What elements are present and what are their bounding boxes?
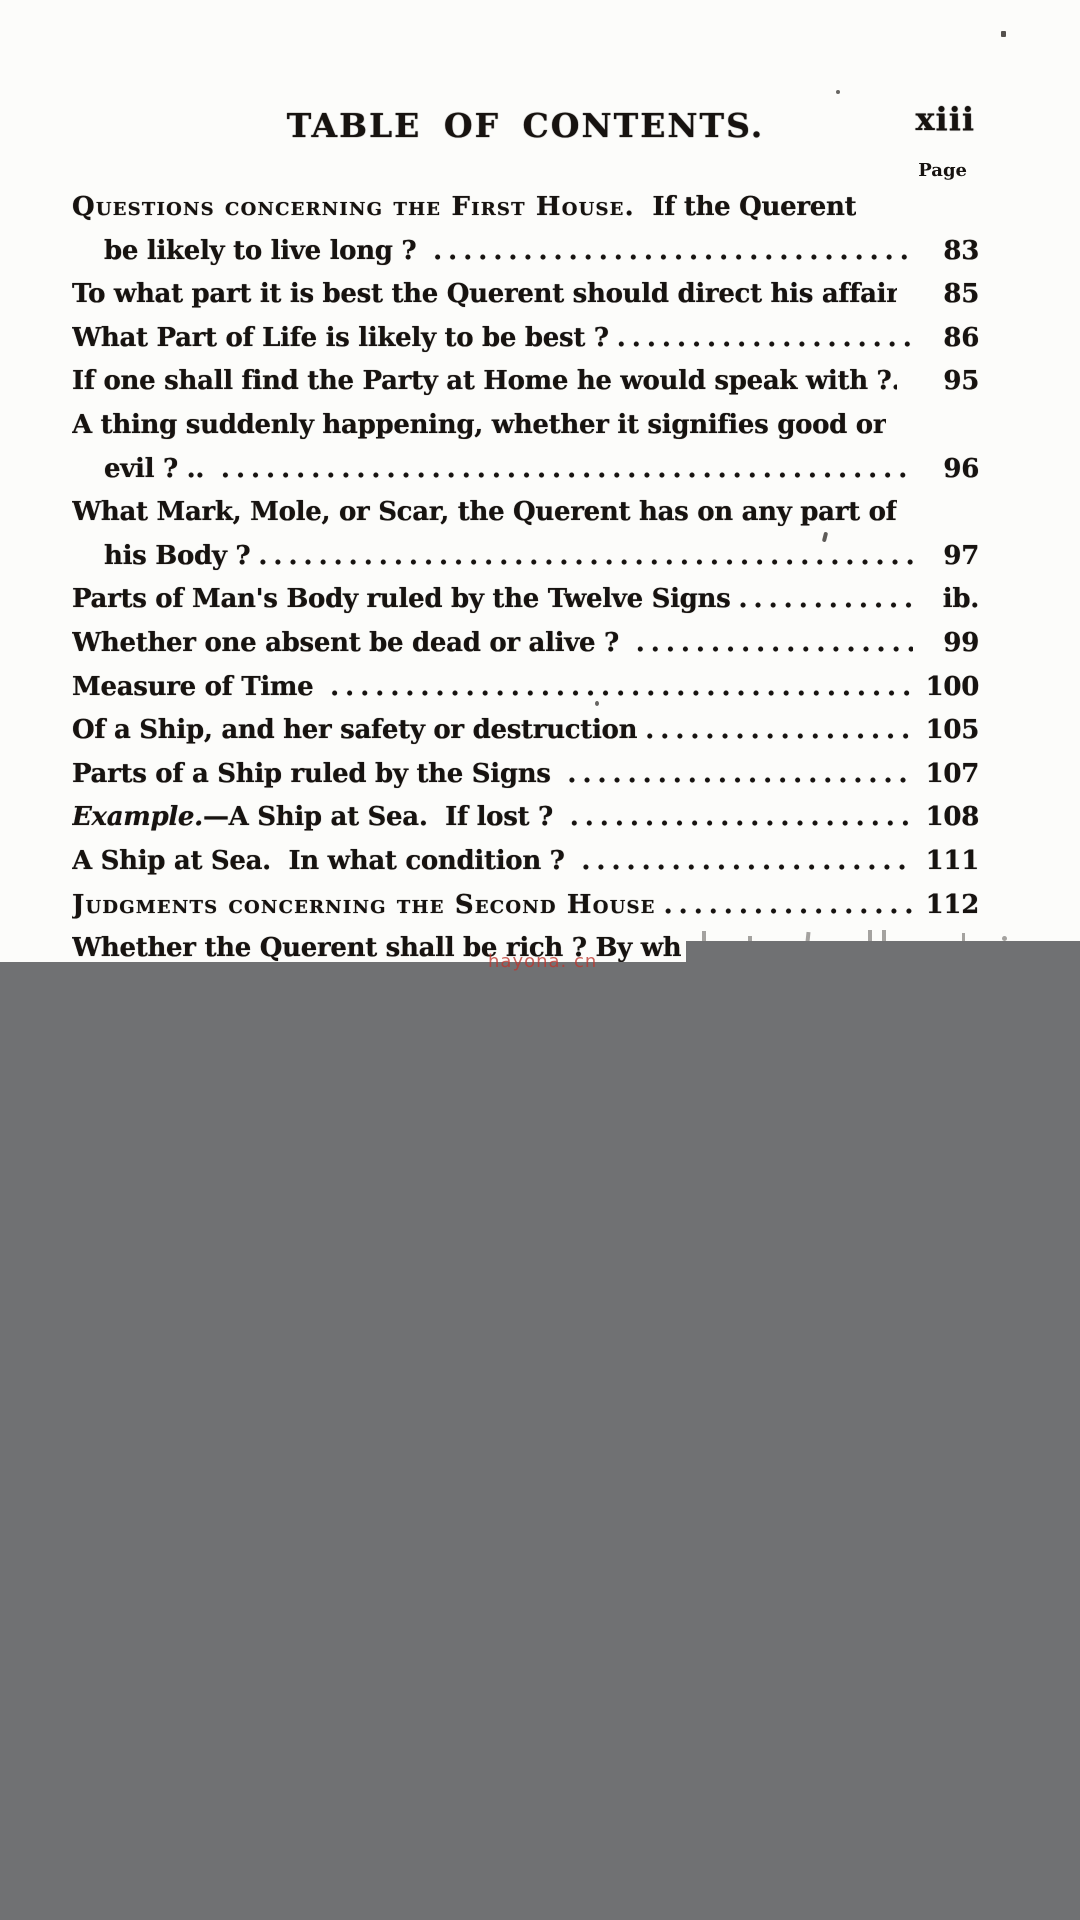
toc-page-number: 112 [913,884,979,928]
toc-entry: A Ship at Sea. In what condition ? .....… [72,840,979,884]
toc-entry: Measure of Time ........................… [72,666,979,710]
toc-entry: What Mark, Mole, or Scar, the Querent ha… [72,491,979,535]
scan-speck [836,90,840,94]
scan-speck [1001,31,1006,37]
toc-entry-text: Whether one absent be dead or alive ? [72,622,628,666]
toc-entry-heading: Questions concerning the First House. [72,186,635,230]
toc-entry-italic-lead: Example. [72,796,203,840]
toc-entry-text: Measure of Time [72,666,322,710]
toc-entry: If one shall find the Party at Home he w… [72,360,979,404]
scan-cutoff-area [0,962,1080,1920]
toc-entry-text: be likely to live long ? [104,230,425,274]
toc-dot-leader: ........................................… [637,709,913,753]
toc-page-number: 95 [913,360,979,404]
toc-entry: Parts of a Ship ruled by the Signs .....… [72,753,979,797]
toc-entry-heading: Judgments concerning the Second House [72,884,656,928]
toc-dot-leader: ........................................… [656,884,913,928]
toc-entry: What Part of Life is likely to be best ?… [72,317,979,361]
toc-entry-text: If the Querent [635,186,856,230]
toc-entry-text: What Part of Life is likely to be best ? [72,317,609,361]
toc-entry: Questions concerning the First House. If… [72,186,979,230]
toc-entry-text: What Mark, Mole, or Scar, the Querent ha… [72,491,897,535]
toc-dot-leader: ........................................… [562,796,913,840]
toc-entry-text: Of a Ship, and her safety or destruction [72,709,637,753]
watermark-text: hayona. cn [488,951,597,972]
page-title: TABLE OF CONTENTS. [72,106,979,145]
folio-number: xiii [915,100,975,138]
toc-page-number: ib. [913,578,979,622]
toc-entry-text: —A Ship at Sea. If lost ? [203,796,562,840]
toc-entry: be likely to live long ? ...............… [72,230,979,274]
toc-page-number: 97 [913,535,979,579]
toc-entry: Whether one absent be dead or alive ? ..… [72,622,979,666]
toc-dot-leader: ........................................… [559,753,913,797]
toc-page-number: 86 [913,317,979,361]
toc-entry-text: his Body ? [104,535,250,579]
toc-page-number: 111 [913,840,979,884]
toc-entry-text: A Ship at Sea. In what condition ? [72,840,573,884]
toc-dot-leader: ........................................… [425,230,913,274]
table-of-contents: Questions concerning the First House. If… [72,186,979,971]
toc-page-number: 99 [913,622,979,666]
toc-dot-leader: ........................................… [573,840,913,884]
toc-entry: Example.—A Ship at Sea. If lost ? ......… [72,796,979,840]
toc-page-number: 107 [913,753,979,797]
toc-entry: Judgments concerning the Second House...… [72,884,979,928]
toc-entry: his Body ?..............................… [72,535,979,579]
toc-entry: A thing suddenly happening, whether it s… [72,404,979,448]
toc-entry-text: To what part it is best the Querent shou… [72,273,897,317]
toc-entry-text: Parts of Man's Body ruled by the Twelve … [72,578,730,622]
toc-dot-leader: ........................................… [730,578,913,622]
toc-dot-leader: ........................................… [628,622,913,666]
toc-entry-text: A thing suddenly happening, whether it s… [72,404,886,448]
toc-entry: Of a Ship, and her safety or destruction… [72,709,979,753]
toc-entry: evil ? .. ..............................… [72,448,979,492]
toc-entry-text: Parts of a Ship ruled by the Signs [72,753,559,797]
toc-entry-text: evil ? .. [104,448,213,492]
scan-speck [595,701,599,706]
toc-page-number: 83 [913,230,979,274]
toc-dot-leader: ........................................… [250,535,913,579]
toc-page-number: 105 [913,709,979,753]
toc-page-number: 96 [913,448,979,492]
toc-page-number: 100 [913,666,979,710]
toc-entry: To what part it is best the Querent shou… [72,273,979,317]
toc-page-number: 108 [913,796,979,840]
toc-entry: Parts of Man's Body ruled by the Twelve … [72,578,979,622]
toc-page-number: 85 [913,273,979,317]
toc-dot-leader: ........................................… [609,317,913,361]
scanned-book-page: TABLE OF CONTENTS. xiii Page Questions c… [0,0,1080,1920]
toc-dot-leader: ........................................… [322,666,913,710]
toc-entry-text: If one shall find the Party at Home he w… [72,360,897,404]
toc-dot-leader: ........................................… [213,448,913,492]
page-column-label: Page [918,160,967,181]
